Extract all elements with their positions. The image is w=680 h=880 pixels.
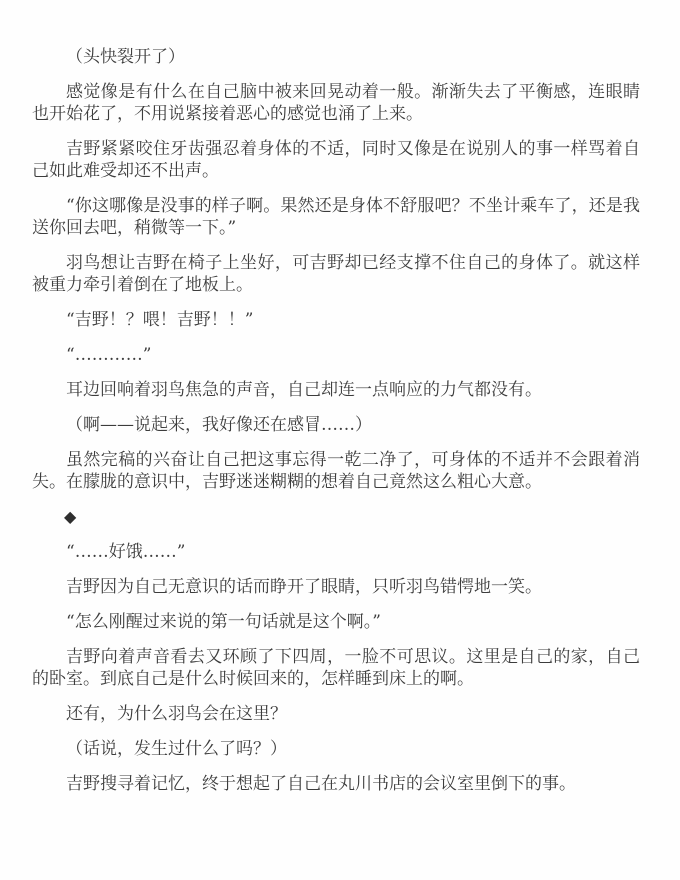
section-separator: ◆ — [32, 506, 640, 528]
text-content: （头快裂开了）感觉像是有什么在自己脑中被来回晃动着一般。渐渐失去了平衡感，连眼睛… — [32, 46, 640, 795]
paragraph: 吉野向着声音看去又环顾了下四周，一脸不可思议。这里是自己的家，自己的卧室。到底自… — [32, 646, 640, 690]
paragraph: 虽然完稿的兴奋让自己把这事忘得一乾二净了，可身体的不适并不会跟着消失。在朦胧的意… — [32, 449, 640, 493]
novel-page: （头快裂开了）感觉像是有什么在自己脑中被来回晃动着一般。渐渐失去了平衡感，连眼睛… — [0, 0, 680, 880]
paragraph: “吉野！？喂！吉野！！” — [32, 309, 640, 331]
paragraph: 还有，为什么羽鸟会在这里？ — [32, 703, 640, 725]
paragraph: 耳边回响着羽鸟焦急的声音，自己却连一点响应的力气都没有。 — [32, 379, 640, 401]
paragraph: 感觉像是有什么在自己脑中被来回晃动着一般。渐渐失去了平衡感，连眼睛也开始花了，不… — [32, 81, 640, 125]
paragraph: “…………” — [32, 344, 640, 366]
paragraph: 吉野搜寻着记忆，终于想起了自己在丸川书店的会议室里倒下的事。 — [32, 773, 640, 795]
paragraph: 羽鸟想让吉野在椅子上坐好，可吉野却已经支撑不住自己的身体了。就这样被重力牵引着倒… — [32, 252, 640, 296]
paragraph: （啊——说起来，我好像还在感冒……） — [32, 414, 640, 436]
paragraph: （话说，发生过什么了吗？） — [32, 738, 640, 760]
paragraph: 吉野紧紧咬住牙齿强忍着身体的不适，同时又像是在说别人的事一样骂着自己如此难受却还… — [32, 138, 640, 182]
paragraph: “怎么刚醒过来说的第一句话就是这个啊。” — [32, 611, 640, 633]
paragraph: 吉野因为自己无意识的话而睁开了眼睛，只听羽鸟错愕地一笑。 — [32, 576, 640, 598]
paragraph: “……好饿……” — [32, 541, 640, 563]
paragraph: （头快裂开了） — [32, 46, 640, 68]
paragraph: “你这哪像是没事的样子啊。果然还是身体不舒服吧？不坐计乘车了，还是我送你回去吧，… — [32, 195, 640, 239]
